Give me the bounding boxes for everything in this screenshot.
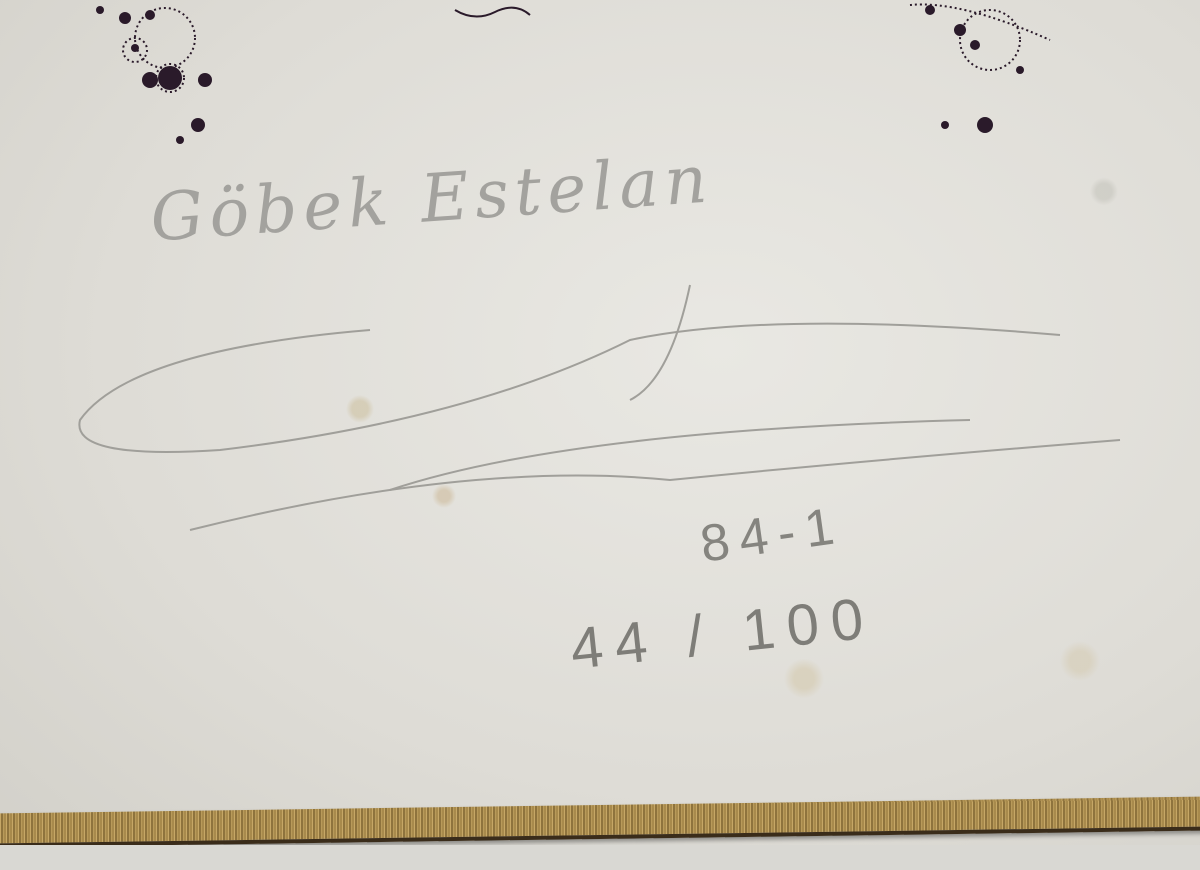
signature-flourish bbox=[70, 260, 1150, 560]
ornament-top-left bbox=[80, 0, 230, 150]
ornament-top-center bbox=[450, 0, 540, 25]
mat-bottom bbox=[0, 845, 1200, 870]
ornament-top-right bbox=[900, 0, 1060, 150]
